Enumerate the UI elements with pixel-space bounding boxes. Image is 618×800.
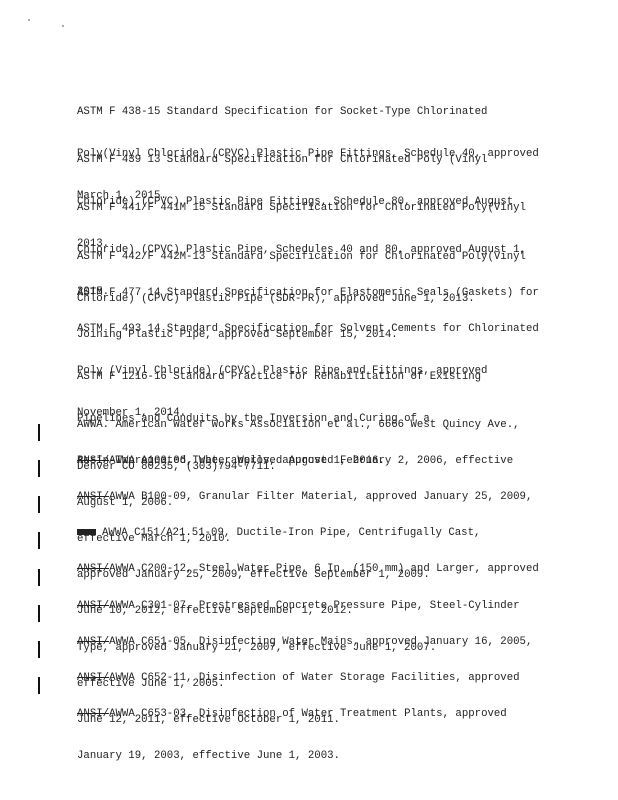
change-bar [38, 641, 40, 658]
entry-line: ASTM F 493 14 Standard Specification for… [77, 322, 539, 336]
change-bar [38, 496, 40, 513]
change-bar [38, 460, 40, 477]
entry-line: January 19, 2003, effective June 1, 2003… [77, 749, 507, 763]
entry-line: ASTM F 438-15 Standard Specification for… [77, 105, 539, 119]
entry-line: ASTM F 439 13 Standard Specification for… [77, 153, 513, 167]
change-bar [38, 424, 40, 441]
entry-line: ASTM F 441/F 441M 15 Standard Specificat… [77, 201, 526, 215]
document-page: ASTM F 438-15 Standard Specification for… [0, 0, 618, 800]
struck-text: ANSI/ [77, 708, 109, 720]
scan-speck [62, 25, 64, 27]
entry-text: AWWA C653-03, Disinfection of Water Trea… [109, 708, 507, 720]
change-bar [38, 532, 40, 549]
change-bar [38, 677, 40, 694]
change-bar [38, 569, 40, 586]
scan-speck [28, 19, 30, 21]
entry-line: ANSI/AWWA C653-03, Disinfection of Water… [77, 707, 507, 721]
entry-line: ASTM F 1216-16 Standard Practice for Reh… [77, 370, 481, 384]
amended-entry: ANSI/AWWA C653-03, Disinfection of Water… [77, 679, 507, 791]
change-bar [38, 605, 40, 622]
